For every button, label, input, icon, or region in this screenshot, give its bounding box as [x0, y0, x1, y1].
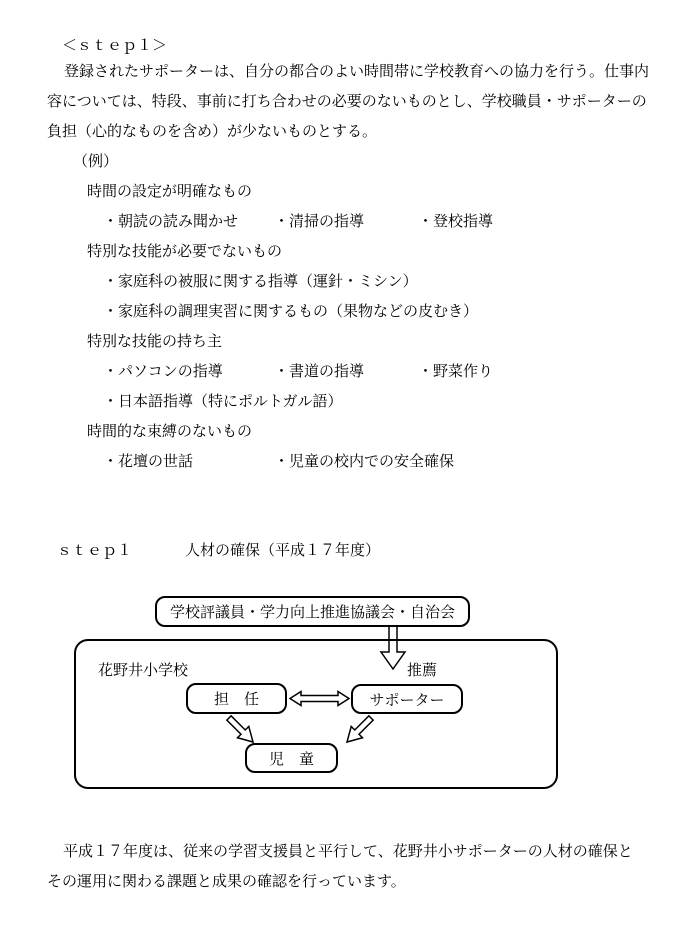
intro-paragraph-line-2: 容については、特段、事前に打ち合わせの必要のないものとし、学校職員・サポーターの [47, 92, 647, 112]
section-caption: ｓｔｅｐ１ 人材の確保（平成１７年度） [0, 541, 688, 563]
bullet-item: ・家庭科の調理実習に関するもの（果物などの皮むき） [103, 302, 478, 322]
intro-paragraph-line-1: 登録されたサポーターは、自分の都合のよい時間帯に学校教育への協力を行う。仕事内 [64, 62, 649, 82]
bullet-item: ・朝読の読み聞かせ [103, 212, 238, 232]
recommendation-label: 推薦 [407, 659, 437, 680]
children-box-label: 児 童 [269, 748, 314, 769]
example-group-heading: 時間の設定が明確なもの [87, 182, 252, 202]
bullet-item: ・児童の校内での安全確保 [274, 452, 454, 472]
examples-label: （例） [73, 152, 118, 172]
intro-paragraph-line-3: 負担（心的なものを含め）が少ないものとする。 [47, 122, 377, 142]
example-group-heading: 特別な技能が必要でないもの [87, 242, 282, 262]
bullet-item: ・パソコンの指導 [103, 362, 223, 382]
example-group-heading: 特別な技能の持ち主 [87, 332, 222, 352]
bullet-item: ・登校指導 [418, 212, 493, 232]
section-step-label: ｓｔｅｐ１ [57, 541, 132, 561]
bullet-item: ・家庭科の被服に関する指導（運針・ミシン） [103, 272, 418, 292]
supporter-box-label: サポーター [369, 689, 444, 710]
example-bullet-row: ・花壇の世話 ・児童の校内での安全確保 [0, 452, 688, 474]
document-page: ＜ｓｔｅｐ１＞ 登録されたサポーターは、自分の都合のよい時間帯に学校教育への協力… [0, 0, 688, 937]
footer-paragraph-line-2: その運用に関わる課題と成果の確認を行っています。 [47, 872, 406, 892]
example-bullet-row: ・朝読の読み聞かせ ・清掃の指導 ・登校指導 [0, 212, 688, 234]
bullet-item: ・日本語指導（特にポルトガル語） [103, 392, 343, 412]
arrow-down-left-icon [339, 710, 379, 750]
school-name-label: 花野井小学校 [98, 659, 188, 680]
council-box-label: 学校評議員・学力向上推進協議会・自治会 [170, 601, 455, 622]
step1-heading: ＜ｓｔｅｐ１＞ [62, 36, 167, 56]
teacher-box-label: 担 任 [214, 688, 259, 709]
example-group-heading: 時間的な束縛のないもの [87, 422, 252, 442]
section-title: 人材の確保（平成１７年度） [185, 541, 380, 561]
arrow-down-right-icon [221, 710, 261, 750]
bullet-item: ・野菜作り [418, 362, 493, 382]
bullet-item: ・清掃の指導 [274, 212, 364, 232]
council-box: 学校評議員・学力向上推進協議会・自治会 [155, 596, 470, 627]
example-bullet-row: ・パソコンの指導 ・書道の指導 ・野菜作り [0, 362, 688, 384]
bullet-item: ・書道の指導 [274, 362, 364, 382]
footer-paragraph-line-1: 平成１７年度は、従来の学習支援員と平行して、花野井小サポーターの人材の確保と [63, 842, 633, 862]
bullet-item: ・花壇の世話 [103, 452, 193, 472]
arrow-double-horizontal-icon [288, 690, 351, 707]
